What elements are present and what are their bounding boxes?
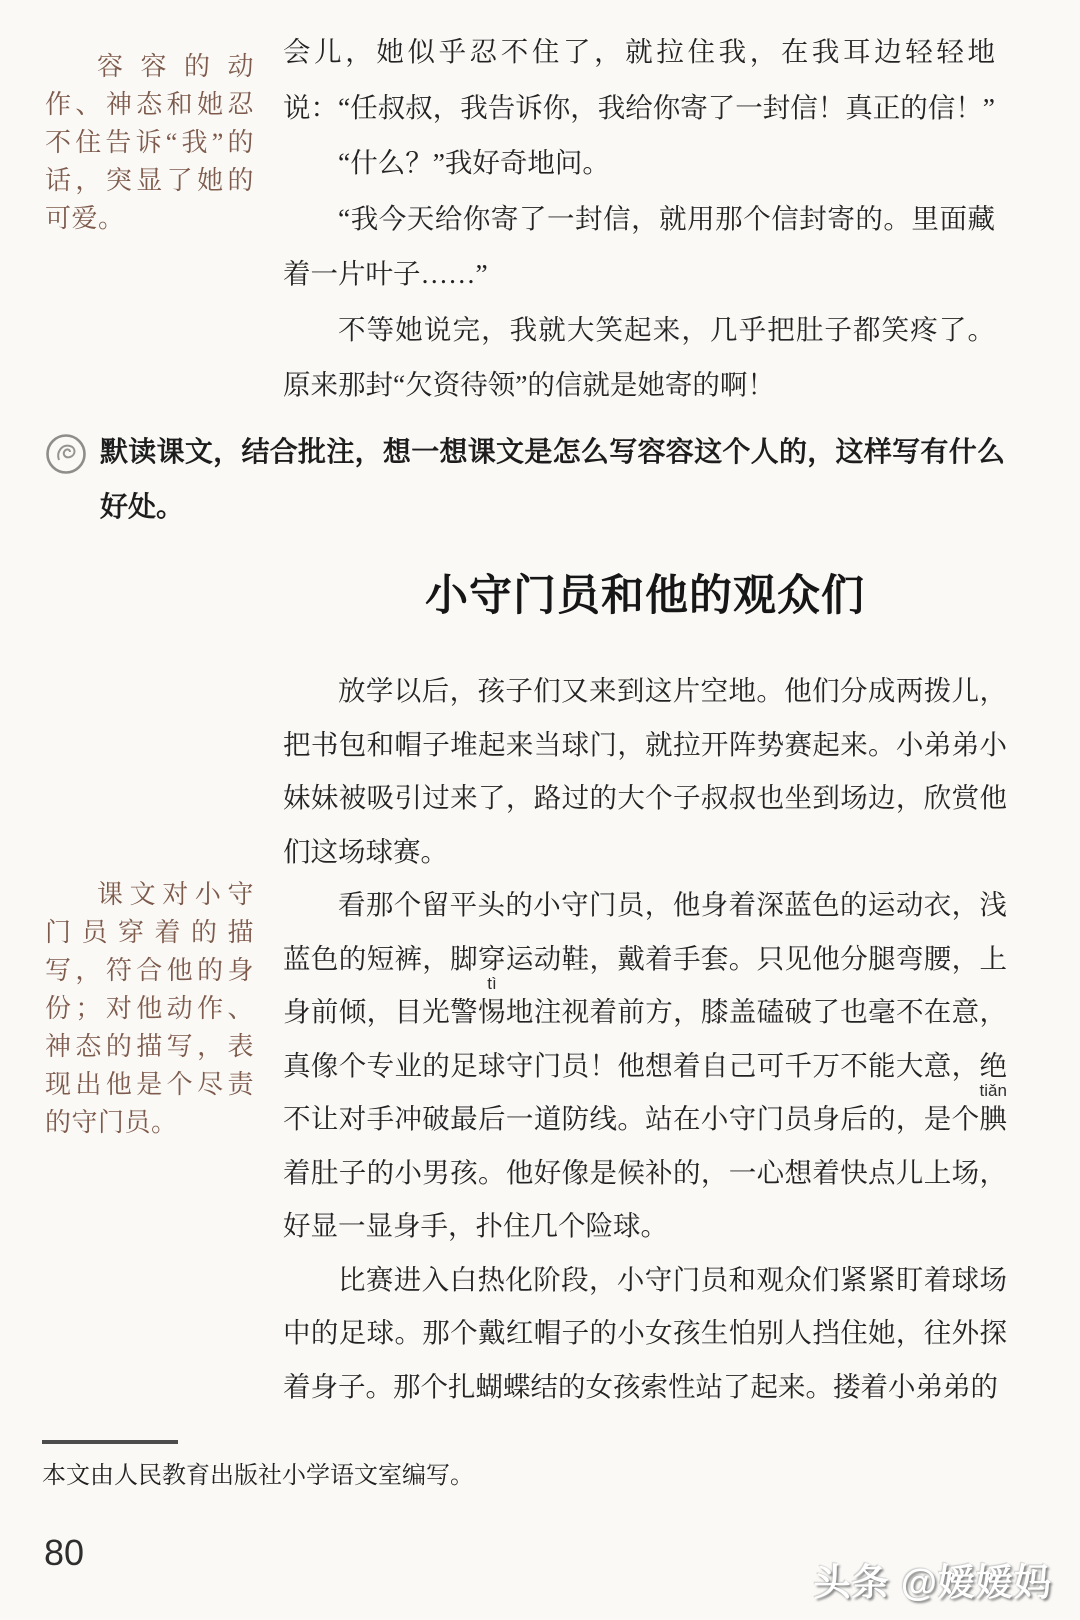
paragraph: 放学以后，孩子们又来到这片空地。他们分成两拨儿，把书包和帽子堆起来当球门，就拉开…	[283, 664, 1007, 878]
paragraph: 看那个留平头的小守门员，他身着深蓝色的运动衣，浅蓝色的短裤，脚穿运动鞋，戴着手套…	[283, 878, 1007, 1253]
footnote-text: 本文由人民教育出版社小学语文室编写。	[42, 1458, 474, 1494]
pinyin-annotated-char: 腆tiǎn	[980, 1103, 1008, 1134]
paragraph: “什么？”我好奇地问。	[283, 135, 995, 191]
watermark-text: 头条 @嫒嫒妈	[814, 1552, 1052, 1606]
article-body: 放学以后，孩子们又来到这片空地。他们分成两拨儿，把书包和帽子堆起来当球门，就拉开…	[283, 664, 1007, 1413]
margin-annotation-goalkeeper: 课文对小守门员穿着的描写，符合他的身份；对他动作、神态的描写，表现出他是个尽责的…	[45, 876, 254, 1142]
exercise-prompt: 默读课文，结合批注，想一想课文是怎么写容容这个人的，这样写有什么好处。	[45, 424, 1013, 534]
margin-annotation-rongrong: 容容的动作、神态和她忍不住告诉“我”的话，突显了她的可爱。	[45, 48, 254, 238]
pinyin-label: tì	[487, 975, 496, 992]
lead-text-block: 会儿，她似乎忍不住了，就拉住我，在我耳边轻轻地说：“任叔叔，我告诉你，我给你寄了…	[283, 24, 995, 413]
pinyin-label: tiǎn	[980, 1082, 1007, 1099]
paragraph: 不等她说完，我就大笑起来，几乎把肚子都笑疼了。原来那封“欠资待领”的信就是她寄的…	[283, 302, 995, 413]
textbook-page: 容容的动作、神态和她忍不住告诉“我”的话，突显了她的可爱。 会儿，她似乎忍不住了…	[0, 0, 1080, 1620]
pinyin-annotated-char: 惕tì	[478, 996, 506, 1027]
seal-icon	[45, 433, 87, 475]
footnote-divider	[42, 1440, 178, 1444]
page-number: 80	[44, 1532, 84, 1574]
exercise-text: 默读课文，结合批注，想一想课文是怎么写容容这个人的，这样写有什么好处。	[100, 424, 1005, 534]
paragraph: 比赛进入白热化阶段，小守门员和观众们紧紧盯着球场中的足球。那个戴红帽子的小女孩生…	[283, 1253, 1007, 1414]
paragraph: 会儿，她似乎忍不住了，就拉住我，在我耳边轻轻地说：“任叔叔，我告诉你，我给你寄了…	[283, 24, 995, 135]
article-title: 小守门员和他的观众们	[283, 566, 1007, 628]
paragraph: “我今天给你寄了一封信，就用那个信封寄的。里面藏着一片叶子……”	[283, 191, 995, 302]
